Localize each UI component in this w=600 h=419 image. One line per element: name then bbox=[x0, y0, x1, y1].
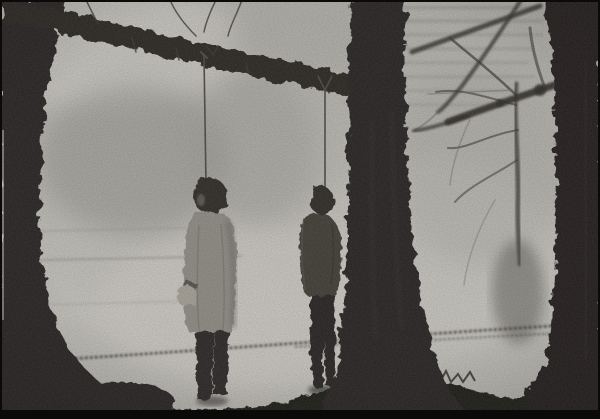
film-grain-light bbox=[0, 0, 600, 419]
photograph bbox=[0, 0, 600, 419]
photo-canvas bbox=[0, 0, 600, 419]
